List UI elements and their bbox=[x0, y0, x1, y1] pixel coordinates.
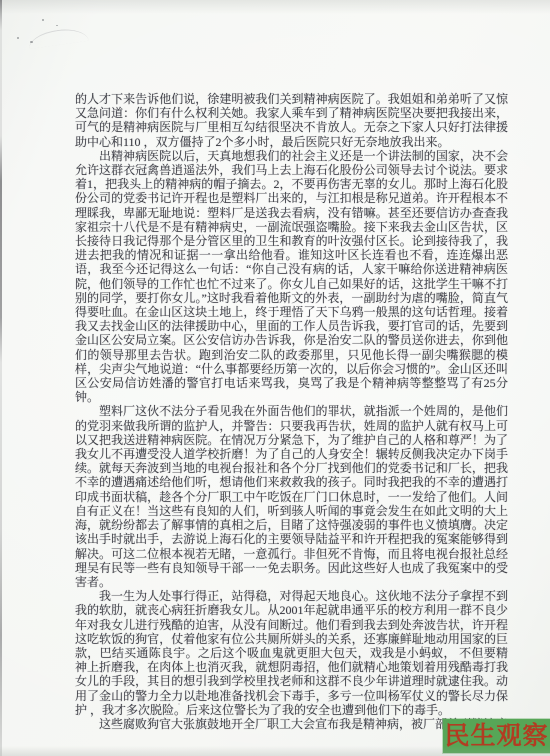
watermark-text: 民生观察 bbox=[444, 724, 548, 749]
paragraph-4: 我一生为人处事行得正，站得稳，对得起天地良心。这伙地不法分子拿捏不到我的软肋，就… bbox=[75, 589, 508, 717]
scanner-edge-artifact bbox=[0, 0, 2, 756]
letter-body: 的人才下来告诉他们说，徐建明被我们关到精神病医院了。我姐姐和弟弟听了又惊又急问道… bbox=[75, 92, 508, 731]
paragraph-continuation: 的人才下来告诉他们说，徐建明被我们关到精神病医院了。我姐姐和弟弟听了又惊又急问道… bbox=[75, 92, 508, 149]
minsheng-observer-watermark: 民生观察 bbox=[443, 719, 550, 753]
scanned-document-page: 的人才下来告诉他们说，徐建明被我们关到精神病医院了。我姐姐和弟弟听了又惊又急问道… bbox=[0, 0, 550, 756]
paper-speck bbox=[42, 19, 44, 21]
paper-speck bbox=[56, 25, 58, 26]
paragraph-2: 出精神病医院以后，天真地想我们的社会主义还是一个讲法制的国家，决不会允许这群衣冠… bbox=[75, 149, 508, 405]
paper-speck bbox=[17, 37, 19, 39]
paper-crease bbox=[27, 26, 89, 49]
paragraph-3: 塑料厂这伙不法分子看见我在外面告他们的罪状，就指派一个姓周的，是他们的党羽来做我… bbox=[75, 404, 508, 589]
